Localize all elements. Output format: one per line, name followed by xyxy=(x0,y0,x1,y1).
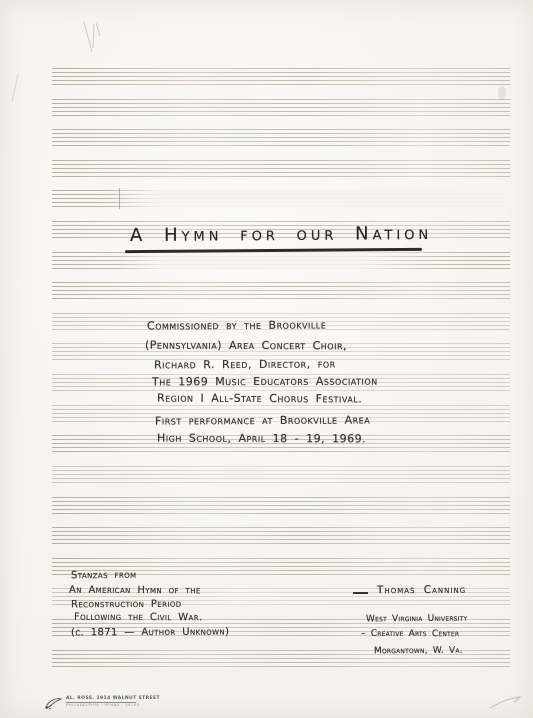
commission-line: Commissioned by the Brookville xyxy=(147,318,326,332)
composer-name: Thomas Canning xyxy=(377,584,466,596)
source-note-line: Reconstruction Period xyxy=(71,599,182,610)
paper-edge-mark xyxy=(8,72,22,106)
affiliation-line: Morgantown, W. Va. xyxy=(374,646,463,656)
printer-logo-icon xyxy=(44,696,63,710)
commission-line: Richard R. Reed, Director, for xyxy=(154,358,336,372)
music-staff xyxy=(52,99,510,116)
music-staff xyxy=(52,190,510,207)
imprint-city-line: PHILADELPHIA · PENNA · 19103 xyxy=(66,703,160,707)
music-staff xyxy=(52,129,510,146)
source-note-line: Following the Civil War. xyxy=(74,612,203,623)
imprint-text: AL. ROSS. 1914 WALNUT STREET PHILADELPHI… xyxy=(66,696,160,707)
commission-line: First performance at Brookville Area xyxy=(155,413,370,427)
music-staff xyxy=(52,497,510,514)
commission-line: Region I All-State Chorus Festival. xyxy=(157,392,362,406)
affiliation-line: – Creative Arts Center xyxy=(361,629,459,639)
pencil-stroke-mark xyxy=(488,694,524,712)
manuscript-page: A Hymn for our Nation Commissioned by th… xyxy=(0,0,533,718)
commission-line: The 1969 Music Educators Association xyxy=(152,375,378,389)
music-staff xyxy=(52,160,510,177)
commission-line: (Pennsylvania) Area Concert Choir, xyxy=(145,339,347,353)
printer-imprint: AL. ROSS. 1914 WALNUT STREET PHILADELPHI… xyxy=(44,696,160,710)
source-note-line: (c. 1871 — Author Unknown) xyxy=(71,627,229,639)
affiliation-line: West Virginia University xyxy=(366,614,467,625)
music-staff xyxy=(52,68,510,85)
imprint-address-line: AL. ROSS. 1914 WALNUT STREET xyxy=(66,696,160,701)
music-staff xyxy=(52,466,510,483)
source-note-line: An American Hymn of the xyxy=(69,585,201,597)
pencil-scribble-mark xyxy=(80,18,110,58)
music-staff xyxy=(52,282,510,299)
commission-line: High School, April 18 - 19, 1969. xyxy=(157,432,366,446)
smudge-mark xyxy=(498,86,506,100)
source-note-line: Stanzas from xyxy=(71,570,137,581)
music-staff xyxy=(52,527,510,544)
attribution-dash xyxy=(353,592,368,594)
music-staff xyxy=(52,252,510,269)
page-title: A Hymn for our Nation xyxy=(130,223,432,246)
